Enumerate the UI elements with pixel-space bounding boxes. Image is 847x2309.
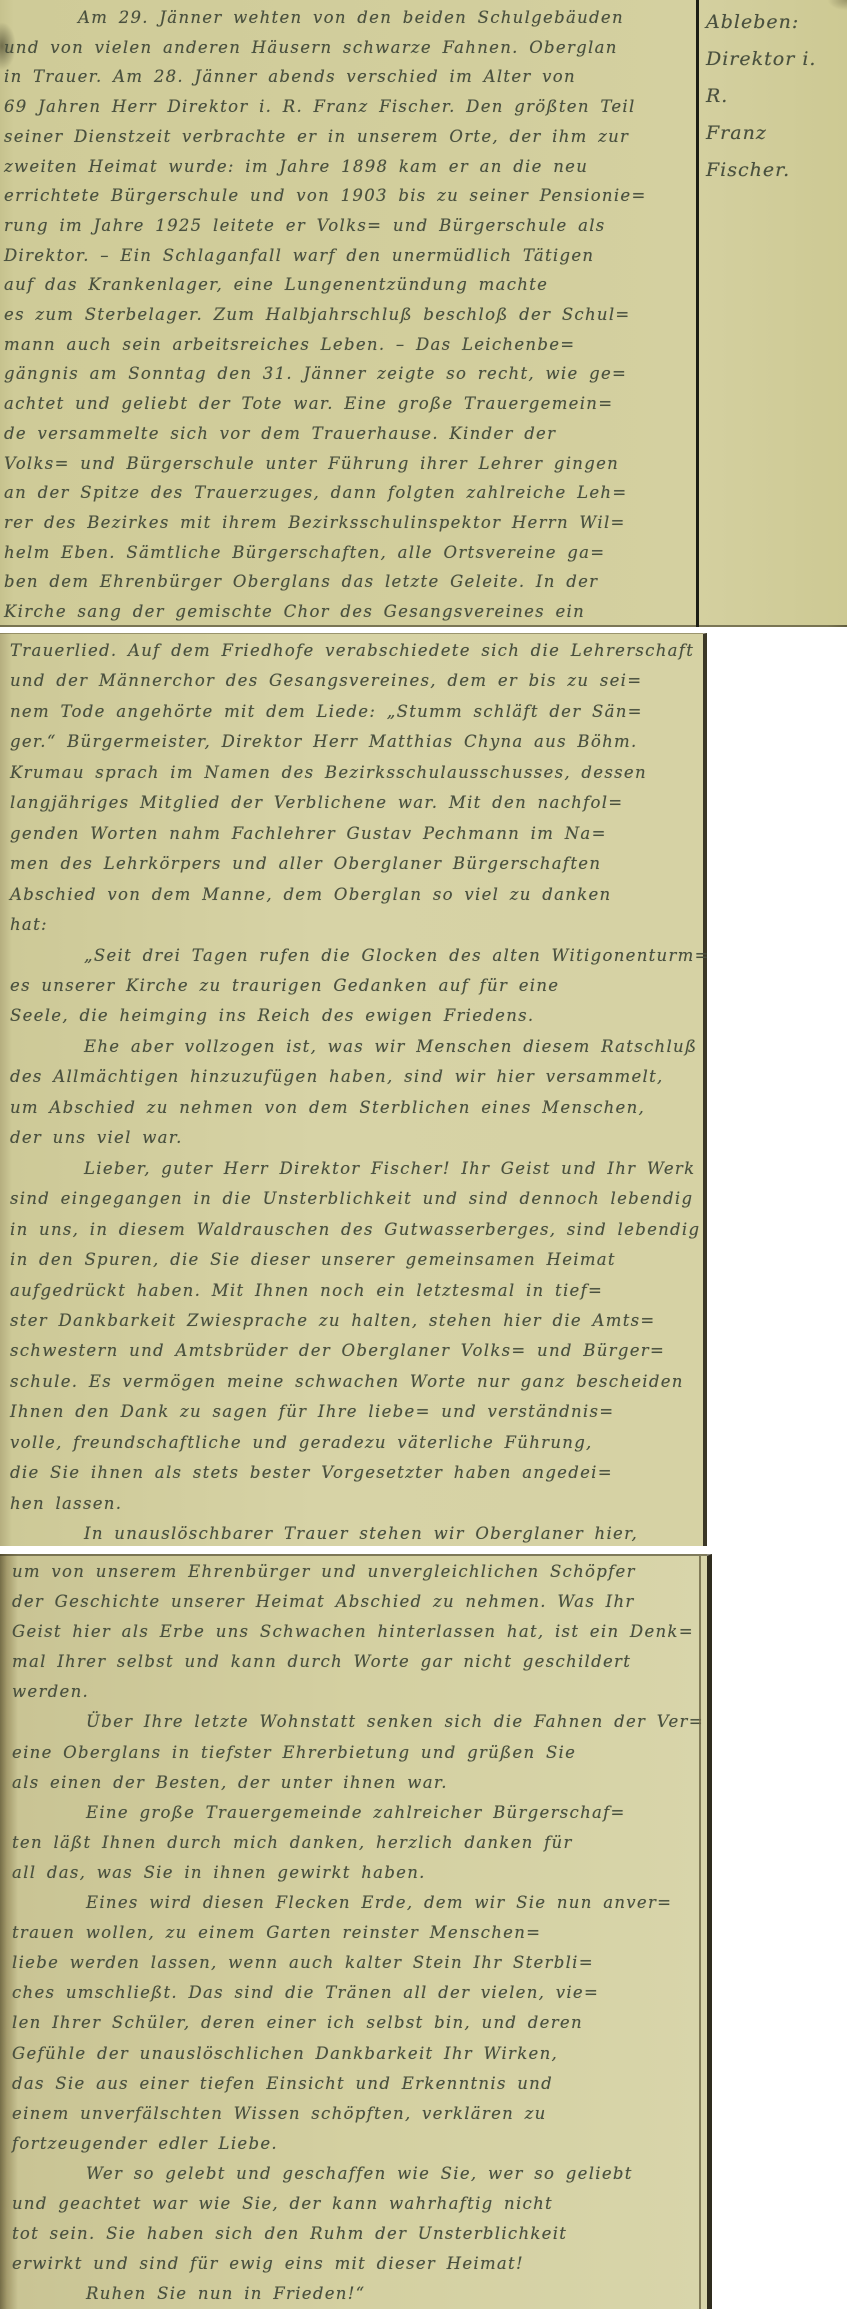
text-line: hen lassen. (10, 1489, 702, 1519)
text-line: die Sie ihnen als stets bester Vorgesetz… (10, 1458, 702, 1488)
margin-note: Ableben: Direktor i. R. Franz Fischer. (706, 4, 844, 189)
text-line: men des Lehrkörpers und aller Oberglaner… (10, 849, 702, 879)
text-line: ten läßt Ihnen durch mich danken, herzli… (12, 1828, 706, 1858)
text-line: um von unserem Ehrenbürger und unverglei… (12, 1557, 706, 1587)
text-line: Lieber, guter Herr Direktor Fischer! Ihr… (10, 1154, 702, 1184)
text-line: de versammelte sich vor dem Trauerhause.… (4, 419, 694, 449)
text-line: Krumau sprach im Namen des Bezirksschula… (10, 758, 702, 788)
text-column: Trauerlied. Auf dem Friedhofe verabschie… (10, 636, 702, 1550)
text-line: langjähriges Mitglied der Verblichene wa… (10, 788, 702, 818)
text-line: erwirkt und sind für ewig eins mit diese… (12, 2249, 706, 2279)
text-line: der Geschichte unserer Heimat Abschied z… (12, 1587, 706, 1617)
text-line: genden Worten nahm Fachlehrer Gustav Pec… (10, 819, 702, 849)
text-line: ger.“ Bürgermeister, Direktor Herr Matth… (10, 727, 702, 757)
text-line: Kirche sang der gemischte Chor des Gesan… (4, 597, 694, 627)
text-line: tot sein. Sie haben sich den Ruhm der Un… (12, 2219, 706, 2249)
text-line: mal Ihrer selbst und kann durch Worte ga… (12, 1647, 706, 1677)
text-line: Eines wird diesen Flecken Erde, dem wir … (12, 1888, 706, 1918)
text-line: rung im Jahre 1925 leitete er Volks= und… (4, 211, 694, 241)
text-line: des Allmächtigen hinzuzufügen haben, sin… (10, 1062, 702, 1092)
text-line: der uns viel war. (10, 1123, 702, 1153)
text-line: an der Spitze des Trauerzuges, dann folg… (4, 478, 694, 508)
text-line: Volks= und Bürgerschule unter Führung ih… (4, 449, 694, 479)
text-line: seiner Dienstzeit verbrachte er in unser… (4, 122, 694, 152)
text-line: Eine große Trauergemeinde zahlreicher Bü… (12, 1798, 706, 1828)
text-line: 69 Jahren Herr Direktor i. R. Franz Fisc… (4, 92, 694, 122)
text-line: werden. (12, 1677, 706, 1707)
text-line: das Sie aus einer tiefen Einsicht und Er… (12, 2069, 706, 2099)
scan-strip-3: um von unserem Ehrenbürger und unverglei… (0, 1554, 712, 2309)
text-line: volle, freundschaftliche und geradezu vä… (10, 1428, 702, 1458)
text-line: errichtete Bürgerschule und von 1903 bis… (4, 181, 694, 211)
margin-rule-line (696, 0, 699, 627)
text-line: eine Oberglans in tiefster Ehrerbietung … (12, 1738, 706, 1768)
text-line: Direktor. – Ein Schlaganfall warf den un… (4, 241, 694, 271)
text-line: um Abschied zu nehmen von dem Sterbliche… (10, 1093, 702, 1123)
text-line: Ihnen den Dank zu sagen für Ihre liebe= … (10, 1397, 702, 1427)
text-line: Geist hier als Erbe uns Schwachen hinter… (12, 1617, 706, 1647)
text-line: ches umschließt. Das sind die Tränen all… (12, 1978, 706, 2008)
text-line: all das, was Sie in ihnen gewirkt haben. (12, 1858, 706, 1888)
text-line: schule. Es vermögen meine schwachen Wort… (10, 1367, 702, 1397)
text-line: sind eingegangen in die Unsterblichkeit … (10, 1184, 702, 1214)
chronicle-page: Am 29. Jänner wehten von den beiden Schu… (0, 0, 847, 2309)
text-line: Gefühle der unauslöschlichen Dankbarkeit… (12, 2039, 706, 2069)
text-line: in den Spuren, die Sie dieser unserer ge… (10, 1245, 702, 1275)
text-line: als einen der Besten, der unter ihnen wa… (12, 1768, 706, 1798)
text-line: Abschied von dem Manne, dem Oberglan so … (10, 880, 702, 910)
text-line: und von vielen anderen Häusern schwarze … (4, 33, 694, 63)
text-line: liebe werden lassen, wenn auch kalter St… (12, 1948, 706, 1978)
text-line: Wer so gelebt und geschaffen wie Sie, we… (12, 2159, 706, 2189)
text-line: helm Eben. Sämtliche Bürgerschaften, all… (4, 538, 694, 568)
text-line: hat: (10, 910, 702, 940)
text-line: ster Dankbarkeit Zwiesprache zu halten, … (10, 1306, 702, 1336)
text-line: Trauerlied. Auf dem Friedhofe verabschie… (10, 636, 702, 666)
text-line: len Ihrer Schüler, deren einer ich selbs… (12, 2008, 706, 2038)
text-line: mann auch sein arbeitsreiches Leben. – D… (4, 330, 694, 360)
text-line: und der Männerchor des Gesangsvereines, … (10, 666, 702, 696)
text-line: In unauslöschbarer Trauer stehen wir Obe… (10, 1519, 702, 1549)
margin-note-line: Franz Fischer. (706, 115, 844, 189)
text-line: es zum Sterbelager. Zum Halbjahrschluß b… (4, 300, 694, 330)
text-column: Am 29. Jänner wehten von den beiden Schu… (4, 3, 694, 627)
text-line: trauen wollen, zu einem Garten reinster … (12, 1918, 706, 1948)
text-line: nem Tode angehörte mit dem Liede: „Stumm… (10, 697, 702, 727)
scan-strip-1: Am 29. Jänner wehten von den beiden Schu… (0, 0, 847, 627)
text-line: Ehe aber vollzogen ist, was wir Menschen… (10, 1032, 702, 1062)
text-line: Über Ihre letzte Wohnstatt senken sich d… (12, 1707, 706, 1737)
text-line: und geachtet war wie Sie, der kann wahrh… (12, 2189, 706, 2219)
text-line: einem unverfälschten Wissen schöpften, v… (12, 2099, 706, 2129)
text-line: achtet und geliebt der Tote war. Eine gr… (4, 389, 694, 419)
text-line: fortzeugender edler Liebe. (12, 2129, 706, 2159)
text-line: Ruhen Sie nun in Frieden!“ (12, 2279, 706, 2309)
text-line: rer des Bezirkes mit ihrem Bezirksschuli… (4, 508, 694, 538)
text-line: Seele, die heimging ins Reich des ewigen… (10, 1001, 702, 1031)
text-line: aufgedrückt haben. Mit Ihnen noch ein le… (10, 1276, 702, 1306)
text-line: ben dem Ehrenbürger Oberglans das letzte… (4, 567, 694, 597)
text-line: schwestern und Amtsbrüder der Oberglaner… (10, 1336, 702, 1366)
text-column: um von unserem Ehrenbürger und unverglei… (12, 1557, 706, 2309)
text-line: es unserer Kirche zu traurigen Gedanken … (10, 971, 702, 1001)
text-line: in uns, in diesem Waldrauschen des Gutwa… (10, 1215, 702, 1245)
text-line: „Seit drei Tagen rufen die Glocken des a… (10, 941, 702, 971)
text-line: Am 29. Jänner wehten von den beiden Schu… (4, 3, 694, 33)
text-line: auf das Krankenlager, eine Lungenentzünd… (4, 270, 694, 300)
text-line: zweiten Heimat wurde: im Jahre 1898 kam … (4, 152, 694, 182)
text-line: in Trauer. Am 28. Jänner abends verschie… (4, 62, 694, 92)
margin-note-line: Direktor i. R. (706, 41, 844, 115)
margin-note-line: Ableben: (706, 4, 844, 41)
scan-strip-2: Trauerlied. Auf dem Friedhofe verabschie… (0, 633, 707, 1546)
text-line: gängnis am Sonntag den 31. Jänner zeigte… (4, 359, 694, 389)
